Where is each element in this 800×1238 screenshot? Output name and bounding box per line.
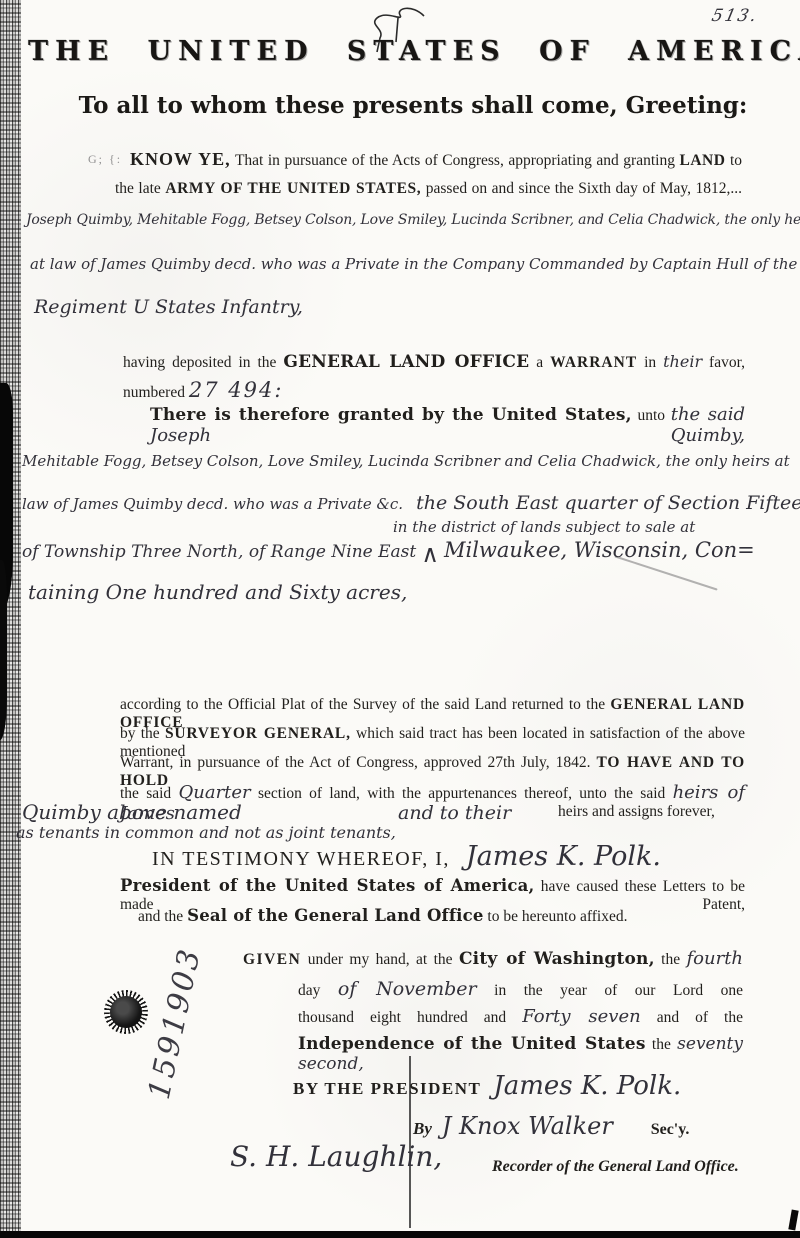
day-handwriting: fourth xyxy=(687,948,744,969)
warrant-label: WARRANT xyxy=(550,354,637,371)
grantees-handwriting-line-1: Joseph Quimby, Mehitable Fogg, Betsey Co… xyxy=(26,212,800,228)
testimony-line: IN TESTIMONY WHEREOF, I, James K. Polk. xyxy=(152,841,661,872)
grantees2-line-2a: law of James Quimby decd. who was a Priv… xyxy=(22,495,403,513)
seal-center xyxy=(110,996,142,1028)
surveyor-general-label: SURVEYOR GENERAL, xyxy=(165,725,351,742)
grant-clause-line: There is therefore granted by the United… xyxy=(150,404,745,446)
granted-blackletter: There is therefore granted by the United… xyxy=(150,405,632,425)
given-text-7: the xyxy=(652,1036,671,1053)
plat-text-3a: Warrant, in pursuance of the Act of Cong… xyxy=(120,754,591,771)
faint-margin-marks: G; {: xyxy=(88,152,122,167)
scan-edge-mark xyxy=(788,1210,798,1231)
polk-signature: James K. Polk. xyxy=(493,1071,681,1101)
land-office-seal xyxy=(104,990,148,1034)
by-label: By xyxy=(413,1119,432,1138)
given-label: GIVEN xyxy=(243,951,301,968)
numbered-label: numbered xyxy=(123,384,185,401)
deposit-text-3: in xyxy=(644,354,656,371)
seal-text-1: and the xyxy=(138,908,183,925)
plat-text-2a: by the xyxy=(120,725,160,742)
document-title: THE UNITED STATES OF AMERICA, xyxy=(28,36,798,67)
folio-number: 513. xyxy=(710,6,760,26)
given-line-1: GIVEN under my hand, at the City of Wash… xyxy=(243,948,743,969)
township-range-handwriting: of Township Three North, of Range Nine E… xyxy=(22,542,416,562)
deposit-text-1: having deposited in the xyxy=(123,354,276,371)
document-page: 513. THE UNITED STATES OF AMERICA, To al… xyxy=(0,0,800,1238)
preamble-text-3: the late xyxy=(115,180,161,197)
deposit-line-1: having deposited in the GENERAL LAND OFF… xyxy=(123,352,745,372)
grantees2-handwriting-line-1: Mehitable Fogg, Betsey Colson, Love Smil… xyxy=(22,452,790,470)
grant-text-1: unto xyxy=(637,407,665,424)
seal-text-2: to be hereunto affixed. xyxy=(487,908,627,925)
recorder-title: Recorder of the General Land Office. xyxy=(492,1158,739,1176)
given-line-4: Independence of the United States the se… xyxy=(298,1034,743,1074)
month-handwriting: of November xyxy=(338,978,477,1000)
land-district-handwriting: Milwaukee, Wisconsin, Con= xyxy=(444,538,755,562)
preamble-text-1: That in pursuance of the Acts of Congres… xyxy=(235,152,675,169)
preamble-line-2: the late ARMY OF THE UNITED STATES, pass… xyxy=(115,180,742,198)
given-text-2: the xyxy=(661,951,680,968)
warrant-favor-handwriting: their xyxy=(663,352,702,371)
district-interline-handwriting: in the district of lands subject to sale… xyxy=(393,518,695,536)
grantees2-handwriting-line-2: law of James Quimby decd. who was a Priv… xyxy=(22,492,800,514)
land-label: LAND xyxy=(679,152,725,169)
city-of-washington-label: City of Washington, xyxy=(459,949,655,969)
scan-edge-bar xyxy=(0,1231,800,1238)
by-president-line: BY THE PRESIDENT James K. Polk. xyxy=(293,1071,681,1101)
seal-glo-label: Seal of the General Land Office xyxy=(187,906,483,925)
president-of-us-label: President of the United States of Americ… xyxy=(120,876,534,895)
acreage-handwriting-line: taining One hundred and Sixty acres, xyxy=(28,580,407,604)
tenants-in-common-handwriting: as tenants in common and not as joint te… xyxy=(16,823,396,842)
army-label: ARMY OF THE UNITED STATES, xyxy=(165,180,421,197)
grantees-handwriting-line-3: Regiment U States Infantry, xyxy=(34,296,303,318)
preamble-line-1: KNOW YE, That in pursuance of the Acts o… xyxy=(130,149,742,170)
plat-text-1a: according to the Official Plat of the Su… xyxy=(120,696,605,713)
quimby-above-named-handwriting: Quimby above named xyxy=(22,800,242,824)
stamp-number-rotated: 1591903 xyxy=(134,909,214,1136)
deposit-text-2: a xyxy=(536,354,543,371)
given-line-2: day of November in the year of our Lord … xyxy=(298,978,743,1000)
by-the-president-label: BY THE PRESIDENT xyxy=(293,1079,481,1098)
polk-signature-testimony: James K. Polk. xyxy=(466,841,661,872)
laughlin-signature: S. H. Laughlin, xyxy=(230,1140,442,1173)
knox-walker-signature: J Knox Walker xyxy=(442,1112,613,1140)
and-to-their-handwriting: and to their xyxy=(398,802,511,824)
preamble-text-2: to xyxy=(730,152,742,169)
given-text-4: in the year of our Lord one xyxy=(494,982,743,999)
township-handwriting-line: of Township Three North, of Range Nine E… xyxy=(22,535,755,563)
day-label: day xyxy=(298,982,320,999)
document-salutation: To all to whom these presents shall come… xyxy=(28,92,798,119)
year-handwriting: Forty seven xyxy=(522,1006,641,1027)
independence-label: Independence of the United States xyxy=(298,1034,646,1054)
insertion-caret-mark: ∧ xyxy=(421,540,439,568)
land-description-handwriting: the South East quarter of Section Fiftee… xyxy=(416,492,800,514)
know-ye-label: KNOW YE, xyxy=(130,149,231,169)
binding-ink-blot-lower xyxy=(0,560,7,740)
given-line-3: thousand eight hundred and Forty seven a… xyxy=(298,1006,743,1027)
plat-text-4c: section of land, with the appurtenances … xyxy=(258,785,665,802)
deposit-line-2: numbered 27 494: xyxy=(123,378,283,402)
warrant-number-handwriting: 27 494: xyxy=(189,378,284,402)
grantees-handwriting-line-2: at law of James Quimby decd. who was a P… xyxy=(30,255,800,273)
general-land-office-label: GENERAL LAND OFFICE xyxy=(283,352,529,372)
given-text-6: and of the xyxy=(657,1009,743,1026)
preamble-text-4: passed on and since the Sixth day of May… xyxy=(426,180,742,197)
secy-label: Sec'y. xyxy=(651,1121,690,1138)
deposit-text-4: favor, xyxy=(709,354,745,371)
given-text-5: thousand eight hundred and xyxy=(298,1009,506,1026)
heirs-assigns-print: heirs and assigns forever, xyxy=(558,803,715,821)
given-text-1: under my hand, at the xyxy=(308,951,453,968)
secretary-line: By J Knox Walker Sec'y. xyxy=(413,1112,689,1140)
in-testimony-label: IN TESTIMONY WHEREOF, I, xyxy=(152,848,450,870)
